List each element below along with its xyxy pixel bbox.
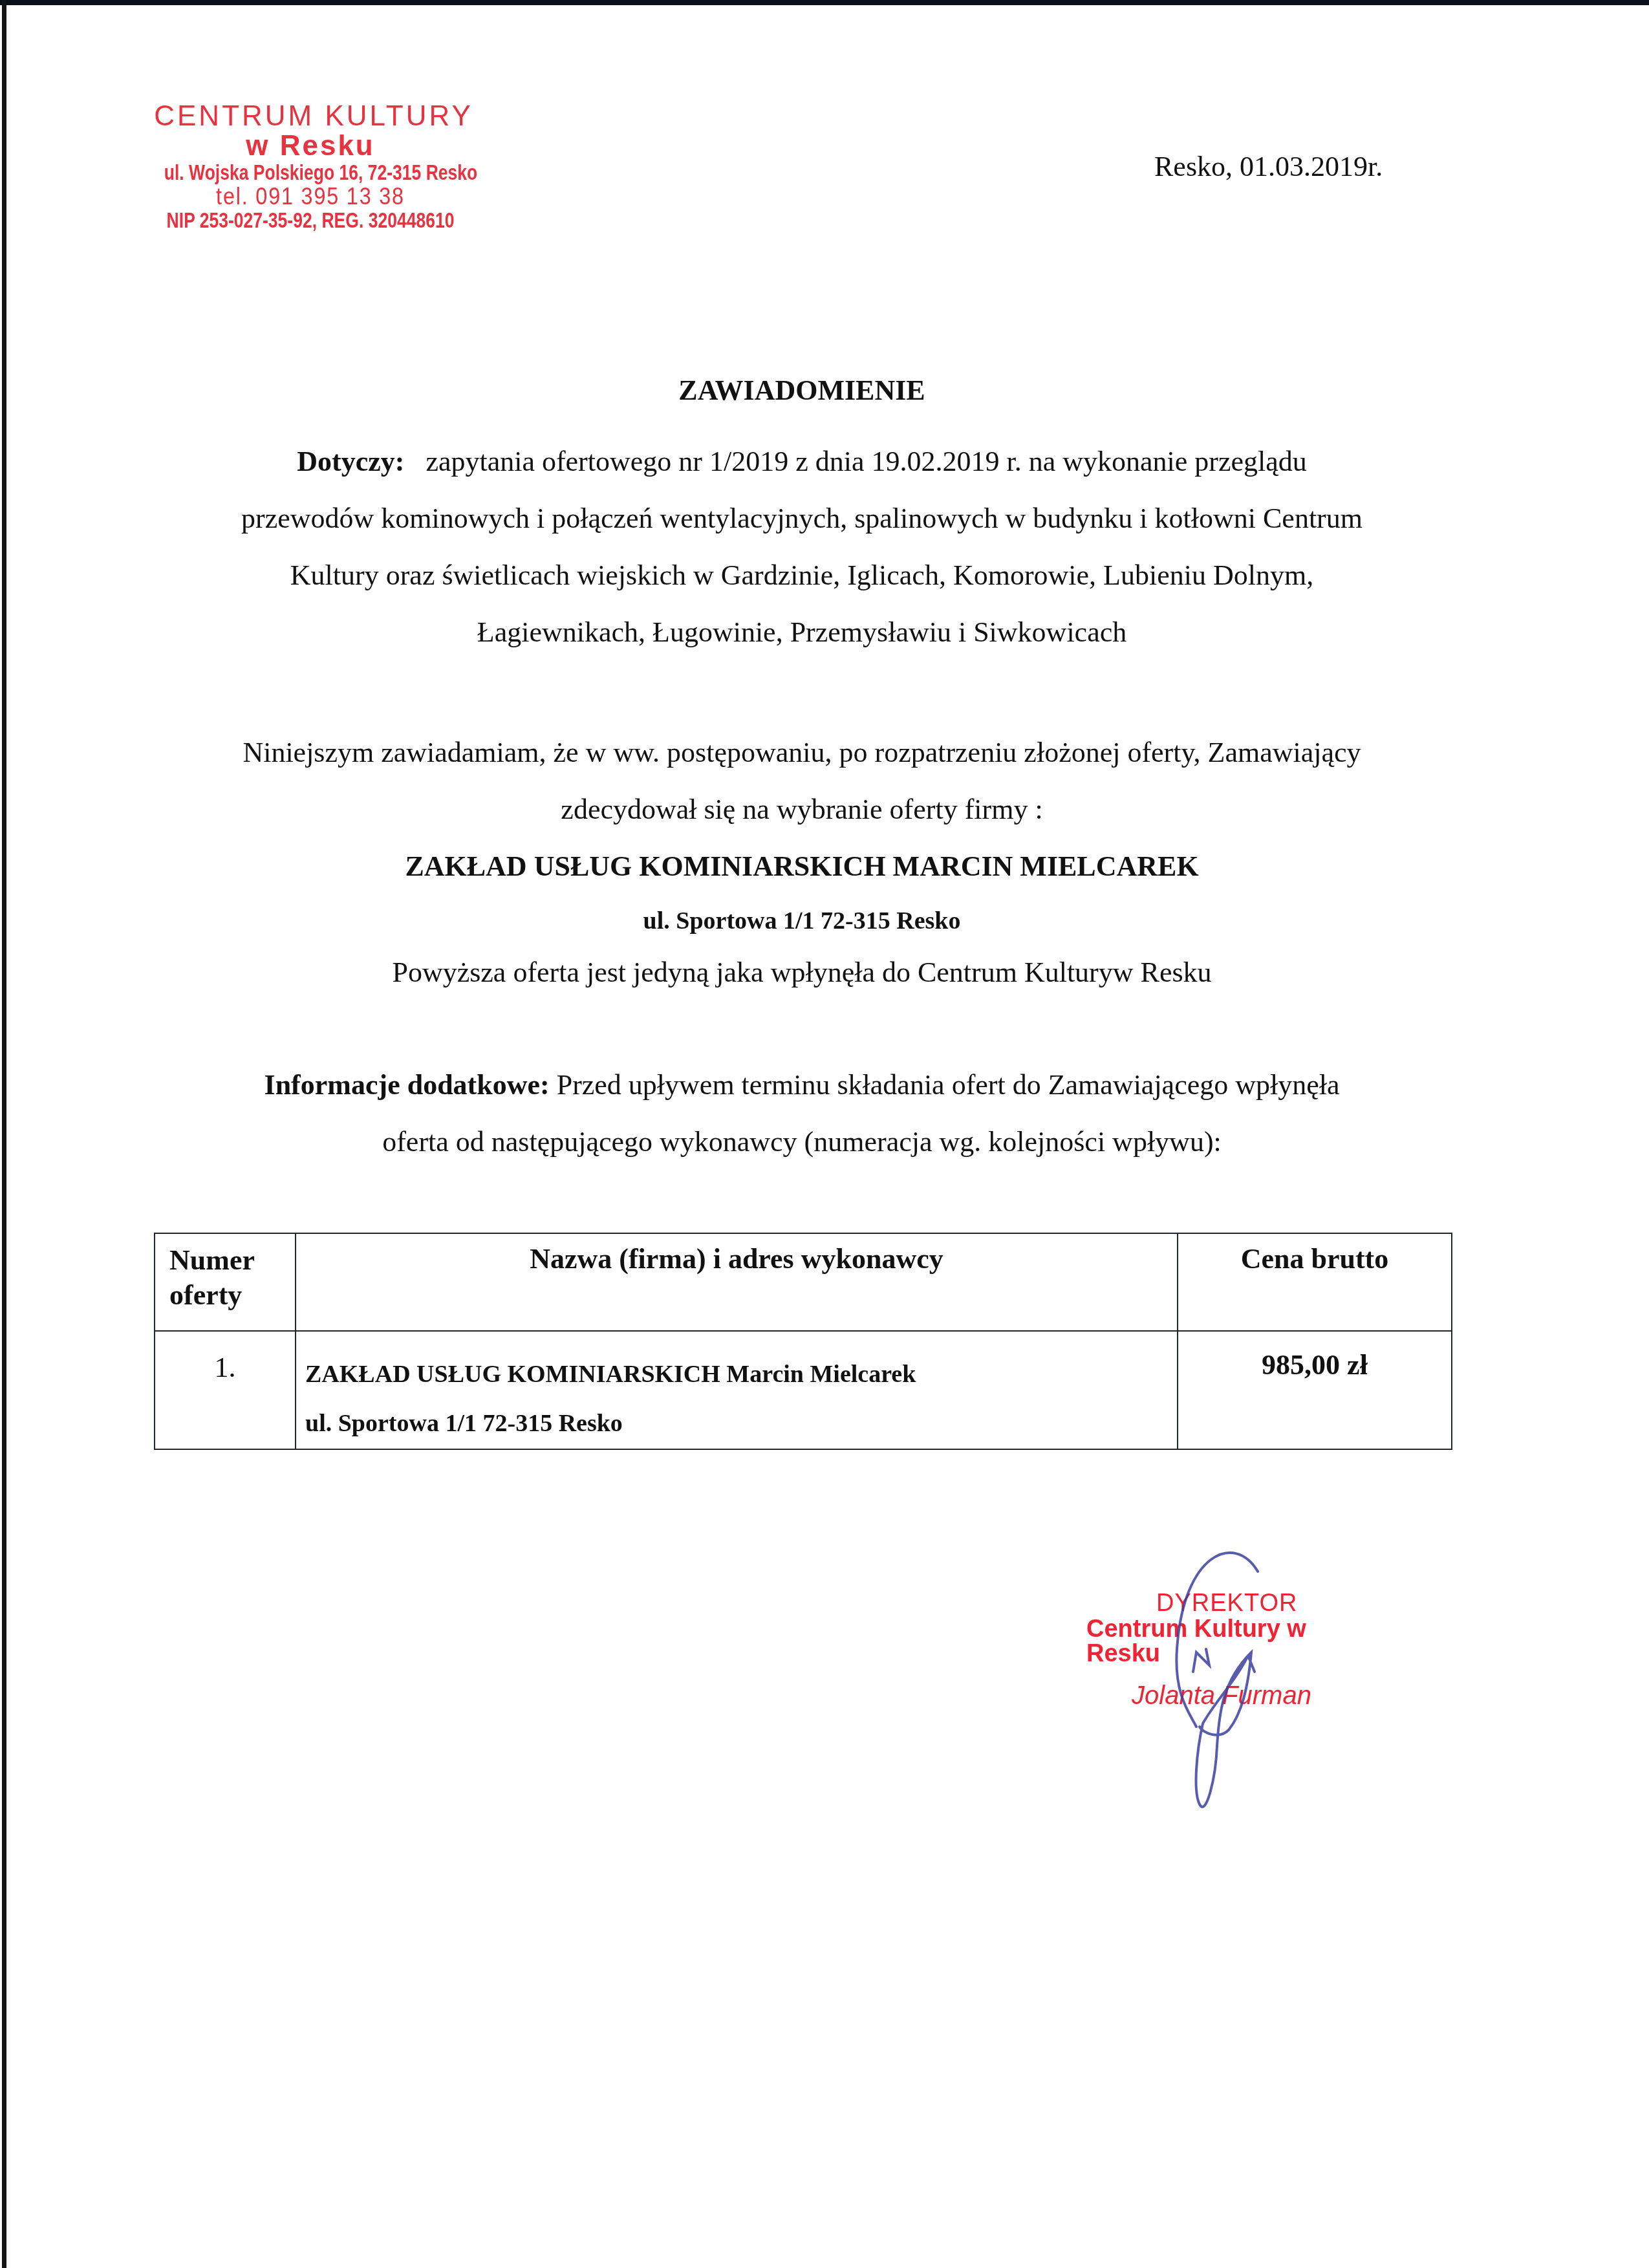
notice-line-1: Niniejszym zawiadamiam, że w ww. postępo… [149, 736, 1455, 769]
stamp-line-address: ul. Wojska Polskiego 16, 72-315 Resko [164, 162, 457, 184]
additional-info-text-1: Przed upływem terminu składania ofert do… [557, 1069, 1340, 1101]
subject-line-2: przewodów kominowych i połączeń wentylac… [149, 502, 1455, 535]
cell-offer-number: 1. [155, 1331, 296, 1449]
offers-table: Numer oferty Nazwa (firma) i adres wykon… [154, 1233, 1452, 1450]
stamp-line-phone: tel. 091 395 13 38 [142, 185, 479, 208]
additional-info-line-2: oferta od następującego wykonawcy (numer… [149, 1125, 1455, 1158]
subject-line-3: Kultury oraz świetlicach wiejskich w Gar… [149, 559, 1455, 592]
document-date: Resko, 01.03.2019r. [1154, 150, 1383, 183]
header-contractor: Nazwa (firma) i adres wykonawcy [296, 1233, 1178, 1331]
cell-contractor: ZAKŁAD USŁUG KOMINIARSKICH Marcin Mielca… [296, 1331, 1178, 1449]
contractor-address: ul. Sportowa 1/1 72-315 Resko [305, 1410, 623, 1437]
handwritten-signature-icon [1158, 1533, 1352, 1830]
header-price: Cena brutto [1178, 1233, 1452, 1331]
stamp-line-nip: NIP 253-027-35-92, REG. 320448610 [164, 210, 457, 232]
contractor-name: ZAKŁAD USŁUG KOMINIARSKICH Marcin Mielca… [305, 1361, 916, 1388]
document-title: ZAWIADOMIENIE [149, 374, 1455, 407]
notice-remark: Powyższa oferta jest jedyną jaka wpłynęł… [149, 956, 1455, 989]
subject-text-1: zapytania ofertowego nr 1/2019 z dnia 19… [426, 446, 1306, 477]
notice-line-2: zdecydował się na wybranie oferty firmy … [149, 793, 1455, 826]
additional-info-label: Informacje dodatkowe: [264, 1069, 550, 1101]
header-offer-number: Numer oferty [155, 1233, 296, 1331]
institution-stamp: CENTRUM KULTURY w Resku ul. Wojska Polsk… [123, 102, 498, 232]
subject-line-4: Łagiewnikach, Ługowinie, Przemysławiu i … [149, 616, 1455, 649]
subject-label: Dotyczy: [297, 446, 404, 477]
selected-company: ZAKŁAD USŁUG KOMINIARSKICH MARCIN MIELCA… [149, 850, 1455, 883]
cell-price: 985,00 zł [1178, 1331, 1452, 1449]
header-offer-number-line2: oferty [169, 1279, 242, 1311]
scan-border-left [2, 0, 6, 2268]
additional-info-line-1: Informacje dodatkowe: Przed upływem term… [149, 1068, 1455, 1101]
stamp-line-name: CENTRUM KULTURY [129, 102, 498, 131]
subject-line-1: Dotyczy: zapytania ofertowego nr 1/2019 … [149, 445, 1455, 478]
selected-company-address: ul. Sportowa 1/1 72-315 Resko [149, 907, 1455, 935]
scan-border-top [0, 0, 1649, 5]
stamp-line-town: w Resku [123, 132, 498, 160]
header-offer-number-line1: Numer [169, 1244, 255, 1276]
table-header-row: Numer oferty Nazwa (firma) i adres wykon… [155, 1233, 1452, 1331]
table-row: 1. ZAKŁAD USŁUG KOMINIARSKICH Marcin Mie… [155, 1331, 1452, 1449]
